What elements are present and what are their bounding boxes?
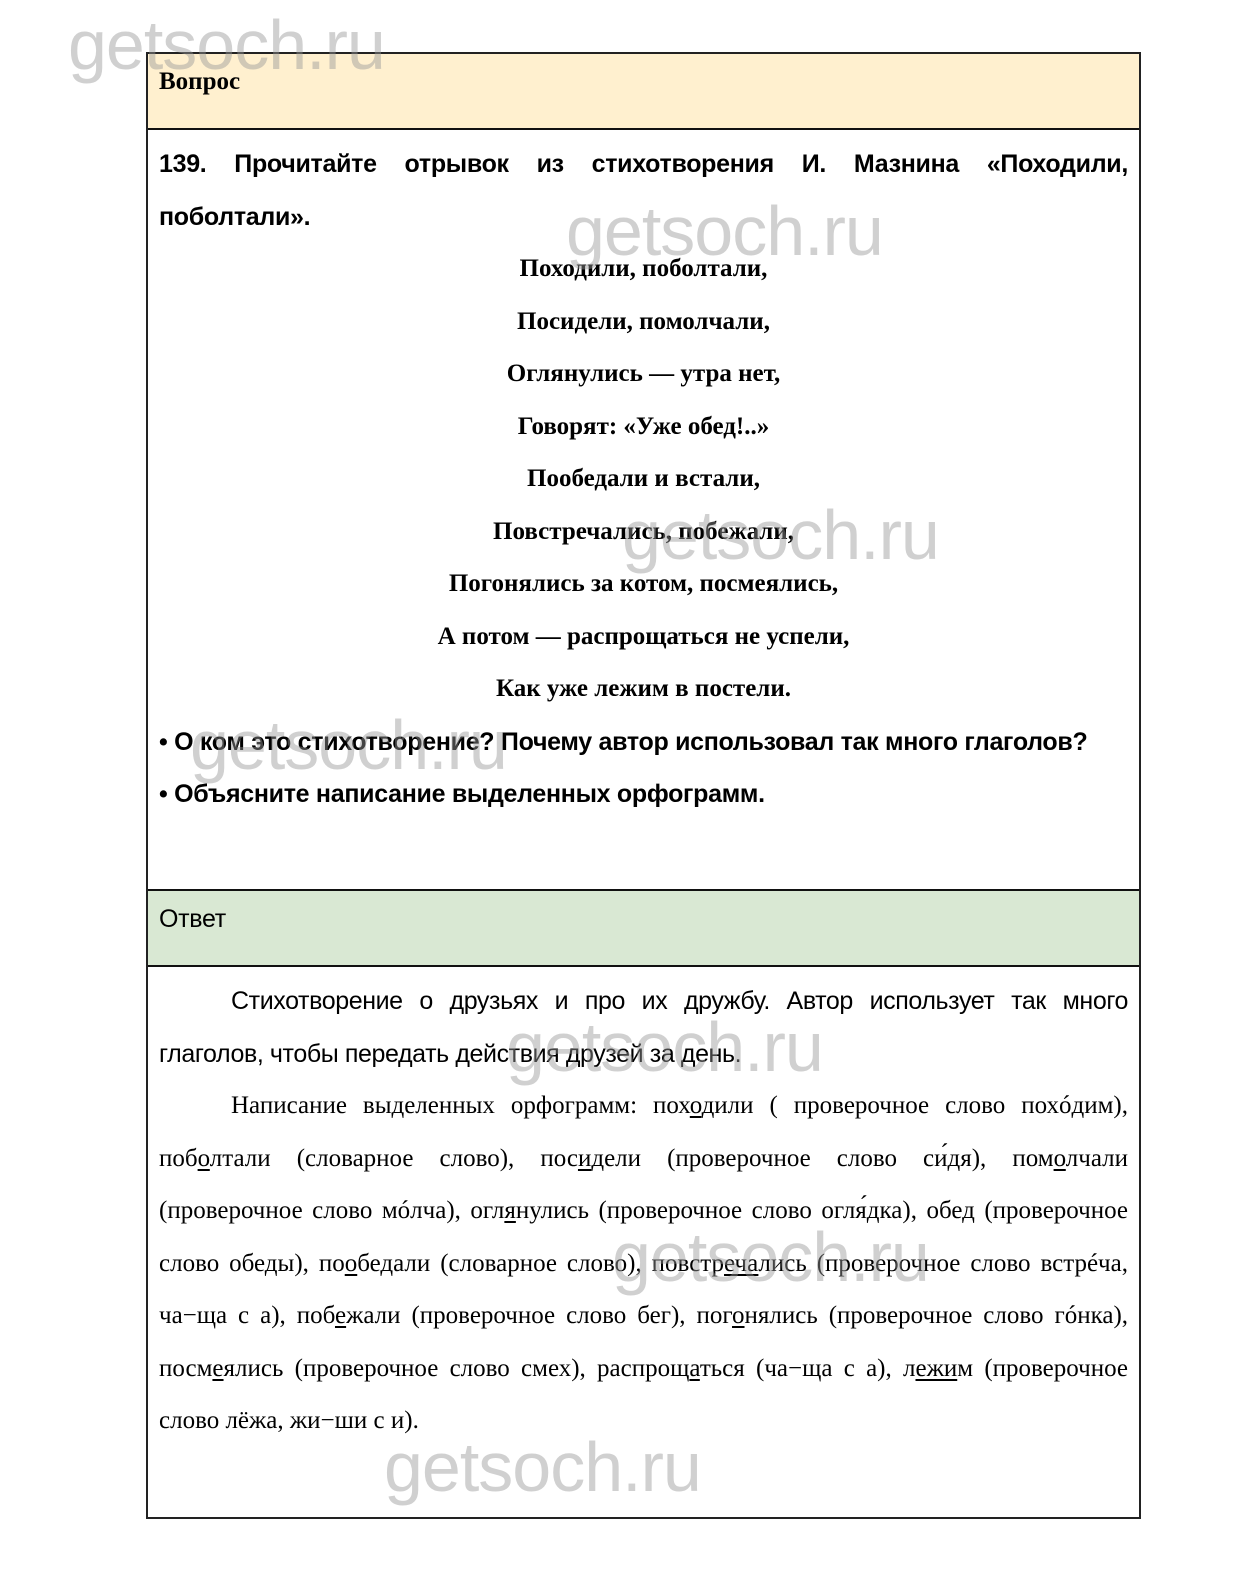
highlighted-orthogram: я <box>504 1197 516 1224</box>
answer-text: Написание выделенных орфограмм: пох <box>231 1092 690 1119</box>
answer-paragraph-2: Написание выделенных орфограмм: походили… <box>159 1080 1128 1448</box>
highlighted-orthogram: о <box>345 1250 358 1277</box>
qa-table: Вопрос 139. Прочитайте отрывок из стихот… <box>146 52 1141 1519</box>
highlighted-orthogram: д <box>962 1197 975 1224</box>
poem-line: Пообедали и встали, <box>159 453 1128 506</box>
question-header: Вопрос <box>148 54 1139 130</box>
question-intro: 139. Прочитайте отрывок из стихотворения… <box>159 138 1128 243</box>
poem-line: Как уже лежим в постели. <box>159 663 1128 716</box>
answer-text: ться (ча−ща с а), л <box>700 1355 916 1382</box>
answer-header: Ответ <box>148 891 1139 967</box>
answer-text: нулись (проверочное слово огля́дка), обе <box>516 1197 962 1224</box>
answer-header-label: Ответ <box>159 905 226 933</box>
poem-line: А потом — распрощаться не успели, <box>159 611 1128 664</box>
highlighted-orthogram: и <box>578 1145 591 1172</box>
question-task: • Объясните написание выделенных орфогра… <box>159 768 1128 821</box>
answer-text: ялись (проверочное слово смех), распрощ <box>224 1355 690 1382</box>
highlighted-orthogram: о <box>690 1092 702 1119</box>
answer-text: лтали (словарное слово), пос <box>210 1145 578 1172</box>
poem-line: Говорят: «Уже обед!..» <box>159 401 1128 454</box>
question-task: • О ком это стихотворение? Почему автор … <box>159 716 1128 769</box>
highlighted-orthogram: о <box>732 1302 745 1329</box>
answer-text: жали (проверочное слово бег), пог <box>346 1302 732 1329</box>
answer-body: Стихотворение о друзьях и про их дружбу.… <box>148 967 1139 1517</box>
poem-line: Оглянулись — утра нет, <box>159 348 1128 401</box>
answer-paragraph-1: Стихотворение о друзьях и про их дружбу.… <box>159 975 1128 1080</box>
highlighted-orthogram: еча <box>724 1250 758 1277</box>
answer-text: бедали (словарное слово), повстр <box>357 1250 724 1277</box>
poem-line: Повстречались, побежали, <box>159 506 1128 559</box>
answer-text: дели (проверочное слово си́дя), пом <box>591 1145 1053 1172</box>
highlighted-orthogram: ежи <box>915 1355 957 1382</box>
highlighted-orthogram: о <box>198 1145 210 1172</box>
poem-line: Погонялись за котом, посмеялись, <box>159 558 1128 611</box>
question-header-label: Вопрос <box>159 68 240 95</box>
poem-line: Походили, поболтали, <box>159 243 1128 296</box>
highlighted-orthogram: е <box>212 1355 223 1382</box>
poem-line: Посидели, помолчали, <box>159 296 1128 349</box>
highlighted-orthogram: о <box>1054 1145 1066 1172</box>
question-body: 139. Прочитайте отрывок из стихотворения… <box>148 130 1139 891</box>
poem: Походили, поболтали,Посидели, помолчали,… <box>159 243 1128 716</box>
highlighted-orthogram: а <box>689 1355 699 1382</box>
highlighted-orthogram: е <box>335 1302 346 1329</box>
